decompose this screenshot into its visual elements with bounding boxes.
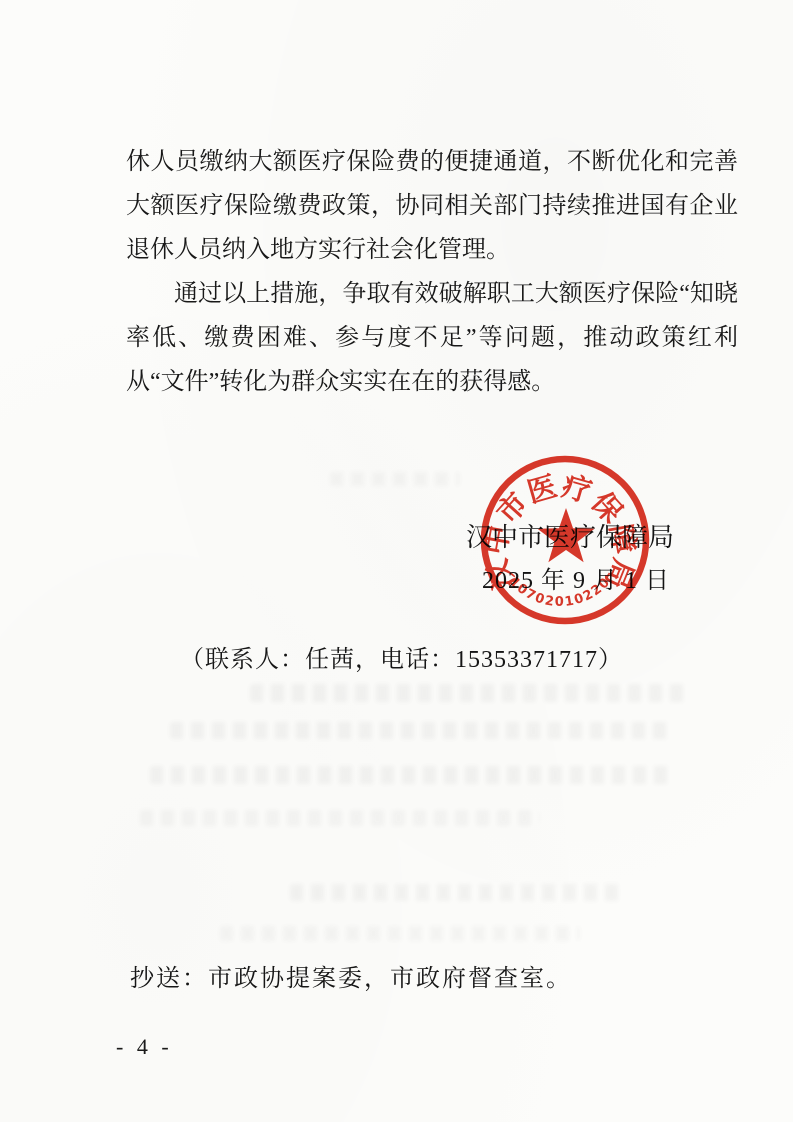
bleed-through-artifact (170, 722, 670, 739)
bleed-through-artifact (150, 766, 670, 784)
bleed-through-artifact (220, 926, 580, 941)
contact-line: （联系人：任茜，电话：15353371717） (180, 639, 623, 674)
paragraph-2: 通过以上措施，争取有效破解职工大额医疗保险“知晓率低、缴费困难、参与度不足”等问… (126, 272, 738, 404)
body-text: 休人员缴纳大额医疗保险费的便捷通道，不断优化和完善大额医疗保险缴费政策，协同相关… (126, 140, 738, 404)
page-number: - 4 - (116, 1034, 173, 1060)
bleed-through-artifact (140, 810, 540, 826)
issuing-agency-name: 汉中市医疗保障局 (466, 517, 674, 554)
issue-date: 2025 年 9 月 1 日 (482, 560, 670, 595)
paragraph-1: 休人员缴纳大额医疗保险费的便捷通道，不断优化和完善大额医疗保险缴费政策，协同相关… (126, 140, 738, 272)
document-page: 休人员缴纳大额医疗保险费的便捷通道，不断优化和完善大额医疗保险缴费政策，协同相关… (0, 0, 793, 1122)
cc-line: 抄送：市政协提案委，市政府督查室。 (130, 958, 572, 993)
bleed-through-artifact (290, 884, 620, 901)
bleed-through-artifact (250, 684, 690, 702)
bleed-through-artifact (330, 472, 460, 486)
